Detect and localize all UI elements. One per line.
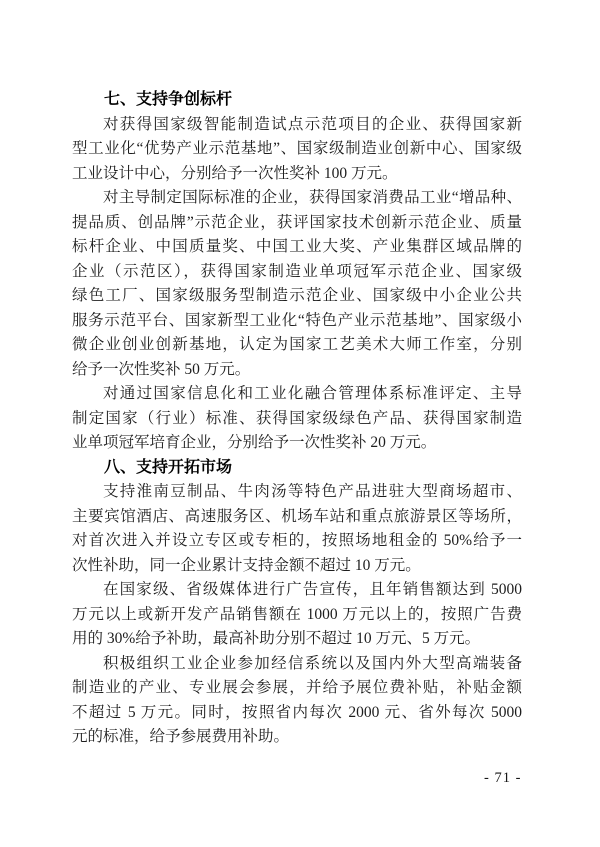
text-line: 业单项冠军培育企业，分别给予一次性奖补 20 万元。 <box>72 431 522 456</box>
section-8-heading: 八、支持开拓市场 <box>72 456 522 481</box>
text-line: 制定国家（行业）标准、获得国家级绿色产品、获得国家制造 <box>72 407 522 432</box>
page-number: - 71 - <box>484 768 521 788</box>
text-line: 微企业创业创新基地，认定为国家工艺美术大师工作室，分别 <box>72 333 522 358</box>
text-line: 元的标准，给予参展费用补助。 <box>72 725 522 750</box>
text-line: 支持淮南豆制品、牛肉汤等特色产品进驻大型商场超市、 <box>72 480 522 505</box>
text-line: 主要宾馆酒店、高速服务区、机场车站和重点旅游景区等场所， <box>72 505 522 530</box>
text-line: 给予一次性奖补 50 万元。 <box>72 358 522 383</box>
text-line: 提品质、创品牌”示范企业，获评国家技术创新示范企业、质量 <box>72 211 522 236</box>
text-line: 万元以上或新开发产品销售额在 1000 万元以上的，按照广告费 <box>72 603 522 628</box>
section-7-heading: 七、支持争创标杆 <box>72 88 522 113</box>
text-line: 企业（示范区），获得国家制造业单项冠军示范企业、国家级 <box>72 260 522 285</box>
text-line: 对通过国家信息化和工业化融合管理体系标准评定、主导 <box>72 382 522 407</box>
text-line: 服务示范平台、国家新型工业化“特色产业示范基地”、国家级小 <box>72 309 522 334</box>
text-line: 工业设计中心，分别给予一次性奖补 100 万元。 <box>72 162 522 187</box>
text-line: 在国家级、省级媒体进行广告宣传，且年销售额达到 5000 <box>72 578 522 603</box>
text-line: 不超过 5 万元。同时，按照省内每次 2000 元、省外每次 5000 <box>72 701 522 726</box>
text-line: 对主导制定国际标准的企业，获得国家消费品工业“增品种、 <box>72 186 522 211</box>
page-content: 七、支持争创标杆 对获得国家级智能制造试点示范项目的企业、获得国家新 型工业化“… <box>72 88 522 750</box>
document-page: 七、支持争创标杆 对获得国家级智能制造试点示范项目的企业、获得国家新 型工业化“… <box>0 0 600 847</box>
text-line: 制造业的产业、专业展会参展，并给予展位费补贴，补贴金额 <box>72 676 522 701</box>
text-line: 积极组织工业企业参加经信系统以及国内外大型高端装备 <box>72 652 522 677</box>
text-line: 对获得国家级智能制造试点示范项目的企业、获得国家新 <box>72 113 522 138</box>
text-line: 绿色工厂、国家级服务型制造示范企业、国家级中小企业公共 <box>72 284 522 309</box>
text-line: 用的 30%给予补助，最高补助分别不超过 10 万元、5 万元。 <box>72 627 522 652</box>
text-line: 型工业化“优势产业示范基地”、国家级制造业创新中心、国家级 <box>72 137 522 162</box>
text-line: 次性补助，同一企业累计支持金额不超过 10 万元。 <box>72 554 522 579</box>
text-line: 对首次进入并设立专区或专柜的，按照场地租金的 50%给予一 <box>72 529 522 554</box>
text-line: 标杆企业、中国质量奖、中国工业大奖、产业集群区域品牌的 <box>72 235 522 260</box>
